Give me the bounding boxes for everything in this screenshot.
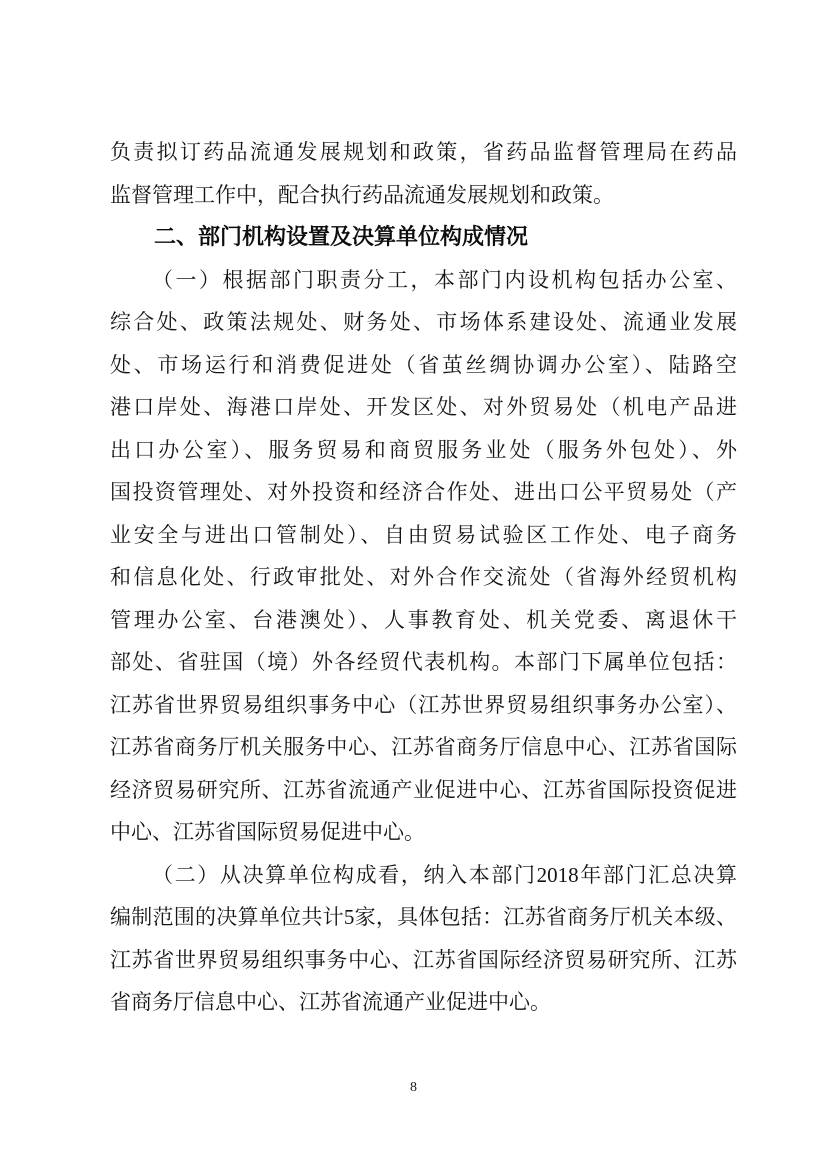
text-line: （一）根据部门职责分工，本部门内设机构包括办公室、 <box>110 259 737 302</box>
section-heading: 二、部门机构设置及决算单位构成情况 <box>110 216 737 259</box>
text-line: 负责拟订药品流通发展规划和政策，省药品监督管理局在药品 <box>110 131 737 174</box>
document-page: 负责拟订药品流通发展规划和政策，省药品监督管理局在药品监督管理工作中，配合执行药… <box>0 0 827 1169</box>
text-line: 综合处、政策法规处、财务处、市场体系建设处、流通业发展 <box>110 301 737 344</box>
text-line: 监督管理工作中，配合执行药品流通发展规划和政策。 <box>110 174 737 217</box>
text-line: 国投资管理处、对外投资和经济合作处、进出口公平贸易处（产 <box>110 471 737 514</box>
text-line: 经济贸易研究所、江苏省流通产业促进中心、江苏省国际投资促进 <box>110 769 737 812</box>
text-line: 处、市场运行和消费促进处（省茧丝绸协调办公室）、陆路空 <box>110 344 737 387</box>
text-line: 出口办公室）、服务贸易和商贸服务业处（服务外包处）、外 <box>110 429 737 472</box>
text-line: 业安全与进出口管制处）、自由贸易试验区工作处、电子商务 <box>110 514 737 557</box>
text-line: 管理办公室、台港澳处）、人事教育处、机关党委、离退休干 <box>110 599 737 642</box>
text-line: 编制范围的决算单位共计5家，具体包括：江苏省商务厅机关本级、 <box>110 896 737 939</box>
text-line: 江苏省世界贸易组织事务中心（江苏世界贸易组织事务办公室）、 <box>110 684 737 727</box>
text-line: 和信息化处、行政审批处、对外合作交流处（省海外经贸机构 <box>110 556 737 599</box>
document-text-block: 负责拟订药品流通发展规划和政策，省药品监督管理局在药品监督管理工作中，配合执行药… <box>110 131 737 1024</box>
text-line: （二）从决算单位构成看，纳入本部门2018年部门汇总决算 <box>110 854 737 897</box>
page-number: 8 <box>0 1080 827 1096</box>
text-line: 江苏省商务厅机关服务中心、江苏省商务厅信息中心、江苏省国际 <box>110 726 737 769</box>
text-line: 中心、江苏省国际贸易促进中心。 <box>110 811 737 854</box>
text-line: 港口岸处、海港口岸处、开发区处、对外贸易处（机电产品进 <box>110 386 737 429</box>
text-line: 江苏省世界贸易组织事务中心、江苏省国际经济贸易研究所、江苏 <box>110 939 737 982</box>
text-line: 部处、省驻国（境）外各经贸代表机构。本部门下属单位包括： <box>110 641 737 684</box>
text-line: 省商务厅信息中心、江苏省流通产业促进中心。 <box>110 981 737 1024</box>
